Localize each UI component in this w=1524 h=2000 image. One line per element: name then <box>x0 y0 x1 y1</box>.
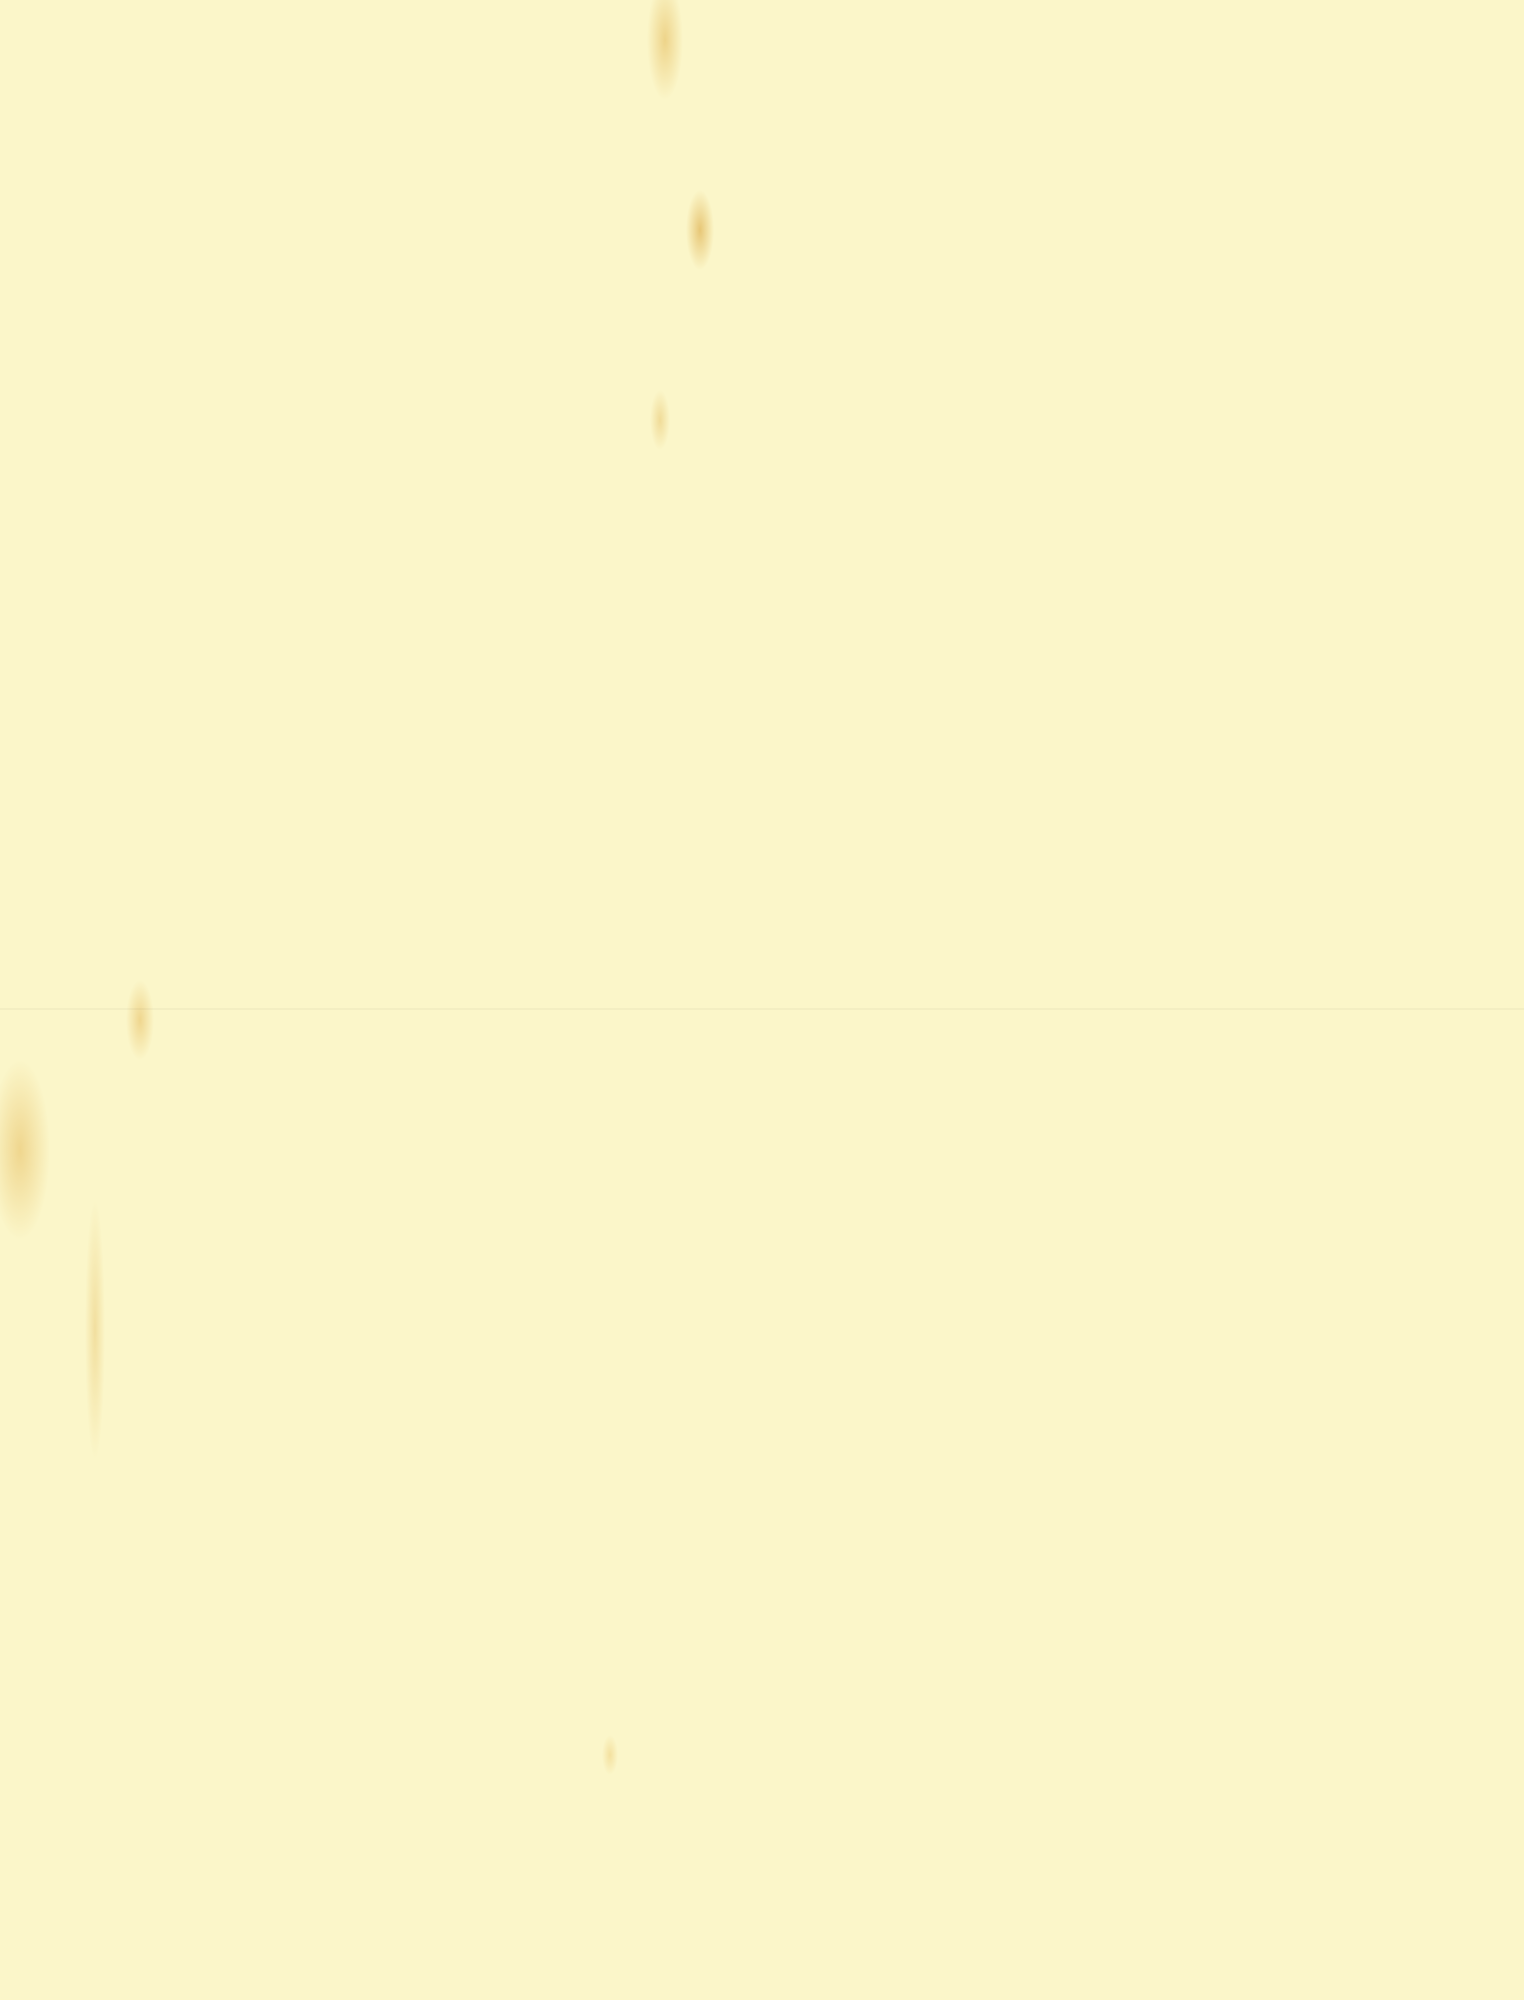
paper-fold <box>0 1008 1524 1010</box>
letter-paper <box>0 0 1524 2000</box>
